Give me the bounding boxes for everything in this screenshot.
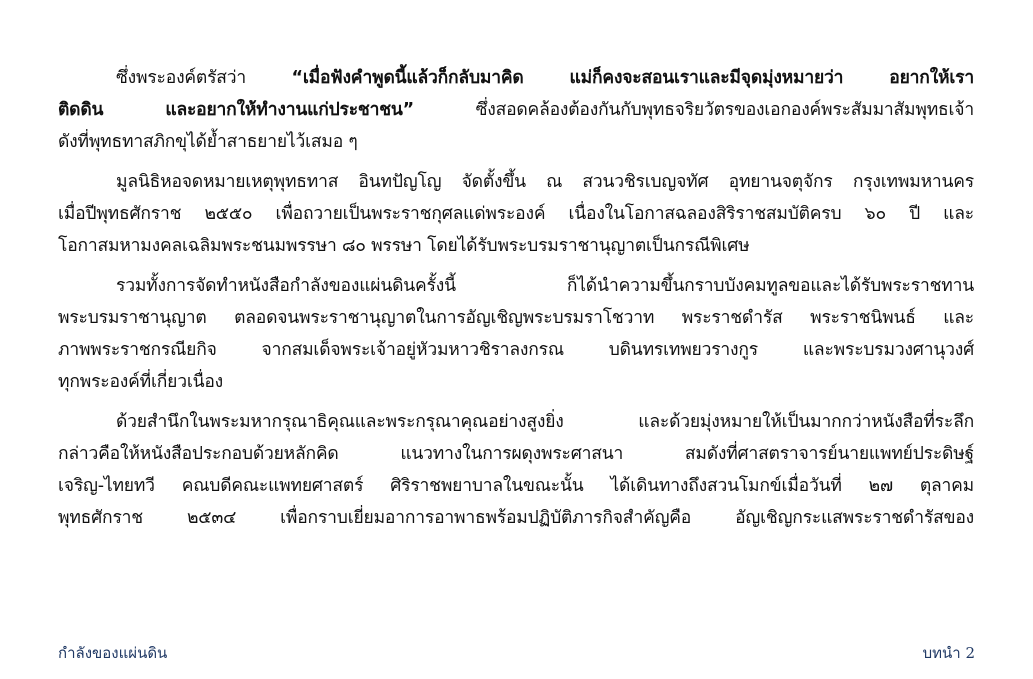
paragraph-1: ซึ่งพระองค์ตรัสว่า “เมื่อฟังคำพูดนี้แล้ว… bbox=[58, 62, 974, 158]
paragraph-3: รวมทั้งการจัดทำหนังสือกำลังของแผ่นดินครั… bbox=[58, 270, 974, 398]
text-line: เจริญ-ไทยทวี คณบดีคณะแพทยศาสตร์ ศิริราชพ… bbox=[58, 470, 974, 502]
text-line: ด้วยสำนึกในพระมหากรุณาธิคุณและพระกรุณาคุ… bbox=[58, 406, 974, 438]
text-line: มูลนิธิหอจดหมายเหตุพุทธทาส อินทปัญโญ จัด… bbox=[58, 166, 974, 198]
text-segment: ซึ่งพระองค์ตรัสว่า bbox=[116, 68, 292, 88]
document-body: ซึ่งพระองค์ตรัสว่า “เมื่อฟังคำพูดนี้แล้ว… bbox=[58, 62, 974, 534]
text-line: ซึ่งพระองค์ตรัสว่า “เมื่อฟังคำพูดนี้แล้ว… bbox=[58, 62, 974, 94]
text-line: กล่าวคือให้หนังสือประกอบด้วยหลักคิด แนวท… bbox=[58, 438, 974, 470]
text-segment: ซึ่งสอดคล้องต้องกันกับพุทธจริยวัตรของเอก… bbox=[414, 100, 974, 120]
text-line: เมื่อปีพุทธศักราช ๒๕๕๐ เพื่อถวายเป็นพระร… bbox=[58, 198, 974, 230]
text-line: พระบรมราชานุญาต ตลอดจนพระราชานุญาตในการอ… bbox=[58, 302, 974, 334]
text-segment: ดังที่พุทธทาสภิกขุได้ย้ำสาธยายไว้เสมอ ๆ bbox=[58, 132, 358, 152]
footer-page-number: บทนำ 2 bbox=[923, 641, 975, 665]
text-line: ติดดิน และอยากให้ทำงานแก่ประชาชน” ซึ่งสอ… bbox=[58, 94, 974, 126]
text-line: พุทธศักราช ๒๕๓๔ เพื่อกราบเยี่ยมอาการอาพา… bbox=[58, 502, 974, 534]
text-line: ดังที่พุทธทาสภิกขุได้ย้ำสาธยายไว้เสมอ ๆ bbox=[58, 126, 974, 158]
text-line: โอกาสมหามงคลเฉลิมพระชนมพรรษา ๘๐ พรรษา โด… bbox=[58, 230, 974, 262]
footer-book-title: กำลังของแผ่นดิน bbox=[58, 641, 167, 665]
paragraph-2: มูลนิธิหอจดหมายเหตุพุทธทาส อินทปัญโญ จัด… bbox=[58, 166, 974, 262]
paragraph-4: ด้วยสำนึกในพระมหากรุณาธิคุณและพระกรุณาคุ… bbox=[58, 406, 974, 534]
text-line: ภาพพระราชกรณียกิจ จากสมเด็จพระเจ้าอยู่หั… bbox=[58, 334, 974, 366]
text-line: ทุกพระองค์ที่เกี่ยวเนื่อง bbox=[58, 366, 974, 398]
text-line: รวมทั้งการจัดทำหนังสือกำลังของแผ่นดินครั… bbox=[58, 270, 974, 302]
quote-bold-segment: “เมื่อฟังคำพูดนี้แล้วก็กลับมาคิด แม่ก็คง… bbox=[292, 68, 974, 88]
quote-bold-segment: ติดดิน และอยากให้ทำงานแก่ประชาชน” bbox=[58, 100, 414, 120]
